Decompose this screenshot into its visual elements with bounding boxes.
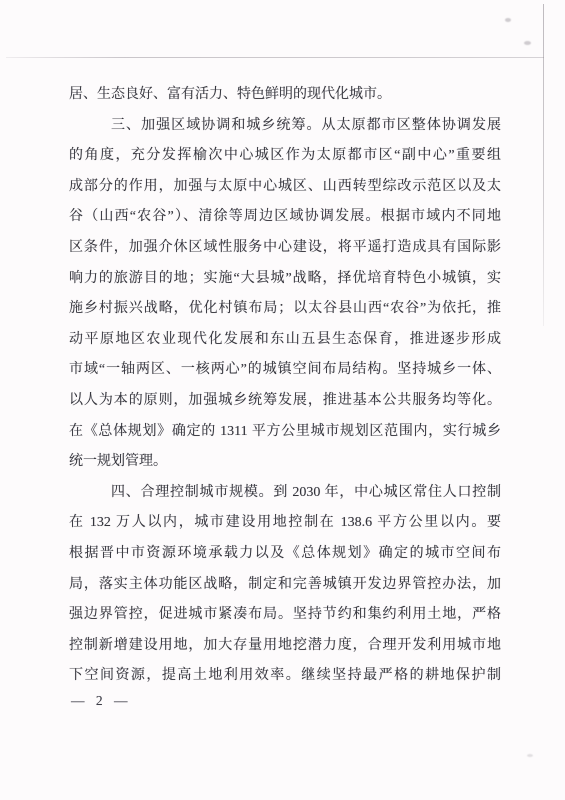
text-line: 三、加强区域协调和城乡统筹。从太原都市区整体协调发展 xyxy=(69,111,501,142)
page-number: — 2 — xyxy=(71,693,132,709)
text-line: 强边界管控，促进城市紧凑布局。坚持节约和集约利用土地，严格 xyxy=(69,600,501,631)
scan-speck xyxy=(505,18,511,22)
text-line: 在《总体规划》确定的 1311 平方公里城市规划区范围内，实行城乡 xyxy=(69,417,501,448)
text-line: 在 132 万人以内，城市建设用地控制在 138.6 平方公里以内。要 xyxy=(69,508,501,539)
text-line: 局，落实主体功能区战略，制定和完善城镇开发边界管控办法，加 xyxy=(69,570,501,601)
scan-speck xyxy=(527,754,533,757)
text-line: 统一规划管理。 xyxy=(69,447,501,478)
text-line: 市域“一轴两区、一核两心”的城镇空间布局结构。坚持城乡一体、 xyxy=(69,355,501,386)
text-line: 下空间资源，提高土地利用效率。继续坚持最严格的耕地保护制 xyxy=(69,661,501,692)
text-line: 四、合理控制城市规模。到 2030 年，中心城区常住人口控制 xyxy=(69,478,501,509)
text-line: 的角度，充分发挥榆次中心城区作为太原都市区“副中心”重要组 xyxy=(69,141,501,172)
text-line: 居、生态良好、富有活力、特色鲜明的现代化城市。 xyxy=(69,80,501,111)
scan-fold-line-horizontal xyxy=(6,57,544,58)
scan-edge-line-vertical xyxy=(543,4,544,326)
text-line: 控制新增建设用地，加大存量用地挖潜力度，合理开发利用城市地 xyxy=(69,631,501,662)
scan-speck xyxy=(524,41,531,45)
text-line: 以人为本的原则，加强城乡统筹发展，推进基本公共服务均等化。 xyxy=(69,386,501,417)
text-line: 施乡村振兴战略，优化村镇布局；以太谷县山西“农谷”为依托，推 xyxy=(69,294,501,325)
scanned-page: 居、生态良好、富有活力、特色鲜明的现代化城市。三、加强区域协调和城乡统筹。从太原… xyxy=(0,0,565,800)
text-line: 响力的旅游目的地；实施“大县城”战略，择优培育特色小城镇，实 xyxy=(69,264,501,295)
text-line: 谷（山西“农谷”）、清徐等周边区域协调发展。根据市域内不同地 xyxy=(69,202,501,233)
text-line: 根据晋中市资源环境承载力以及《总体规划》确定的城市空间布 xyxy=(69,539,501,570)
text-line: 区条件，加强介休区域性服务中心建设，将平遥打造成具有国际影 xyxy=(69,233,501,264)
text-line: 成部分的作用，加强与太原中心城区、山西转型综改示范区以及太 xyxy=(69,172,501,203)
document-body: 居、生态良好、富有活力、特色鲜明的现代化城市。三、加强区域协调和城乡统筹。从太原… xyxy=(69,80,501,692)
text-line: 动平原地区农业现代化发展和东山五县生态保育，推进逐步形成 xyxy=(69,325,501,356)
